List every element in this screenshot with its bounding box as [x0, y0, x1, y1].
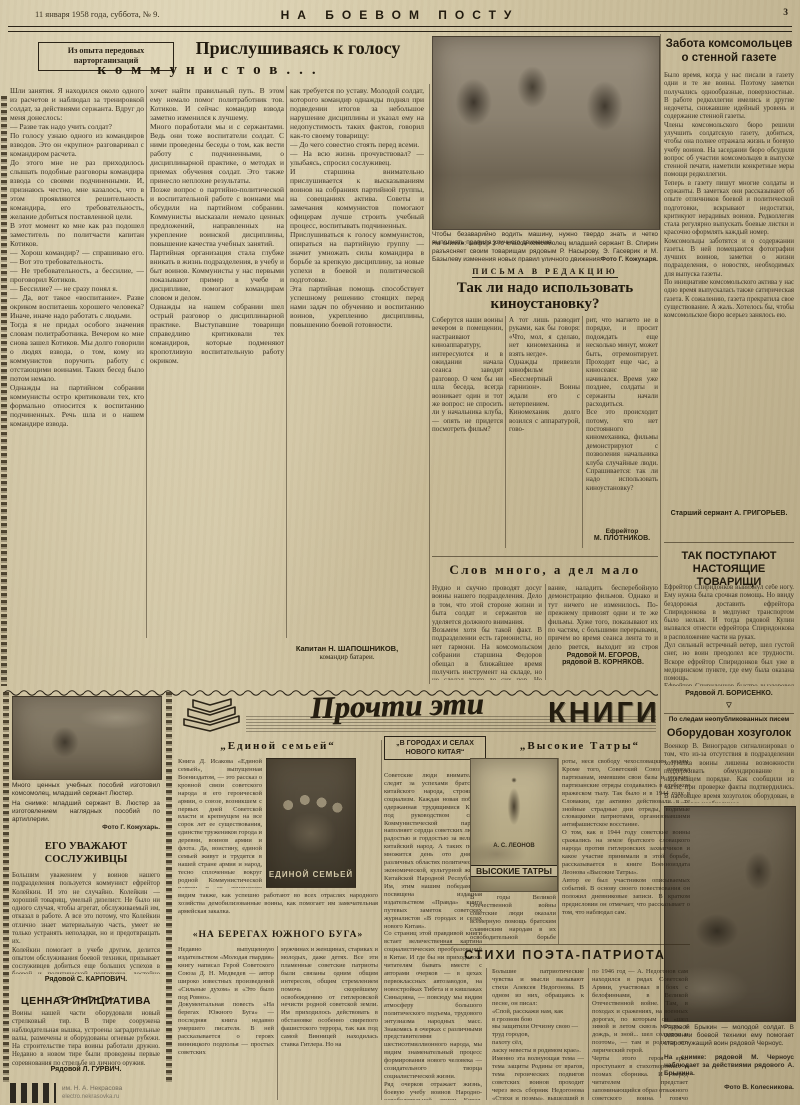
top-photo-credit: Фото Г. Кожухаря. — [432, 256, 658, 263]
initiative-body: Воины нашей части оборудовали новый стре… — [12, 1010, 160, 1066]
china-title-line2: НОВОГО КИТАЯ“ — [387, 748, 483, 757]
china-review-body: Советские люди внимательно следят за усп… — [384, 772, 482, 1100]
watermark-line2: electro.nekrasovka.ru — [62, 1094, 119, 1100]
letters-section-label: ПИСЬМА В РЕДАКЦИЮ — [472, 267, 618, 278]
column-rule — [558, 758, 559, 944]
box-ornament-right — [166, 692, 172, 1082]
box-ornament-left — [3, 692, 9, 1082]
column-rule — [286, 86, 287, 638]
page-number: 3 — [783, 8, 788, 18]
section-rule — [432, 556, 658, 557]
main-article-col3: как требуется по уставу. Молодой солдат,… — [290, 86, 424, 634]
wall-paper-body: Было время, когда у нас писали в газету … — [664, 72, 794, 504]
column-rule — [505, 316, 506, 548]
luster-note: На снимке: младший сержант В. Люстер за … — [12, 800, 160, 824]
leisure-letter-headline: Слов много, а дел мало — [432, 562, 658, 578]
wall-paper-signature: Старший сержант А. ГРИГОРЬЕВ. — [664, 510, 794, 517]
tatras-cover-author: А. С. ЛЕОНОВ — [471, 843, 557, 849]
column-rule — [545, 584, 546, 680]
initiative-signature: Рядовой Л. ГУРВИЧ. — [12, 1066, 160, 1073]
comrades-signature: Рядовой Л. БОРИСЕНКО. — [664, 690, 794, 697]
main-article-col2: хочет найти правильный путь. В этом ему … — [150, 86, 284, 640]
drivers-photo — [432, 36, 660, 230]
poems-col1: Большие патриотические чувства и мысли в… — [492, 968, 584, 1100]
luster-photo — [12, 696, 162, 780]
tatras-book-cover: А. С. ЛЕОНОВ ВЫСОКИЕ ТАТРЫ — [470, 758, 558, 892]
cinema-letter-col2: А тот лишь разводит руками, как бы говор… — [509, 316, 580, 548]
main-headline-line2: коммунистов... — [56, 62, 366, 79]
books-stack-icon — [180, 694, 244, 743]
header-rule — [8, 26, 792, 32]
bug-shores-title: «НА БЕРЕГАХ ЮЖНОГО БУГА» — [178, 930, 378, 940]
newspaper-title: НА БОЕВОМ ПОСТУ — [0, 8, 800, 22]
comrades-body: Ефрейтор Спиридонков вывихнул себе ногу.… — [664, 584, 794, 686]
signature-name: Капитан Н. ШАПОШНИКОВ, — [270, 644, 424, 653]
utility-corner-headline: Оборудован хозуголок — [664, 727, 794, 739]
poems-col2: по 1946 год — А. Недогонов сам находился… — [592, 968, 688, 1100]
main-article-col1: Шли занятия. Я находился около одного из… — [10, 86, 144, 640]
family-review-title: „Единой семьей“ — [178, 740, 378, 752]
column-rule — [582, 316, 583, 548]
library-watermark-bars — [10, 1083, 56, 1103]
luster-credit: Фото Г. Кожухарь. — [12, 824, 160, 831]
banner-block-text: КНИГИ — [548, 697, 660, 730]
triangle-divider: ▽ — [664, 701, 794, 709]
books-icon — [180, 694, 244, 738]
leisure-letter-col2: вание, наладить бесперебойную демонстрац… — [548, 584, 658, 650]
signature-rank: Ефрейтор — [586, 528, 658, 535]
section-rule — [440, 944, 690, 945]
family-review-intro: Книга Д. Исакова «Единой семьей», выпуще… — [178, 758, 262, 888]
column-rule — [277, 946, 278, 1100]
section-rule — [664, 713, 794, 714]
wall-paper-headline: Забота комсомольцев о стенной газете — [664, 38, 794, 65]
cinema-letter-col1: Соберутся наши воины вечером в помещении… — [432, 316, 503, 548]
bug-shores-col1: Недавно выпущенную издательством «Молода… — [178, 946, 274, 1100]
signature-role: командир батареи. — [270, 653, 424, 661]
column-rule — [146, 86, 147, 638]
left-ornament-border — [1, 96, 7, 686]
tatras-cover-title: ВЫСОКИЕ ТАТРЫ — [471, 865, 557, 877]
family-cover-title: ЕДИНОЙ СЕМЬЕЙ — [267, 870, 355, 879]
respected-headline: ЕГО УВАЖАЮТ СОСЛУЖИВЦЫ — [12, 840, 160, 866]
respected-body: Большим уважением у воинов нашего подраз… — [12, 872, 160, 974]
leisure-letter-signature: Рядовой М. ЕГОРОВ, рядовой В. КОРНЯКОВ. — [548, 652, 658, 666]
family-review-continuation: видим также, как успешно работают во все… — [178, 892, 378, 926]
newspaper-page: 11 января 1958 года, суббота, № 9. НА БО… — [0, 0, 800, 1105]
china-title-line1: „В ГОРОДАХ И СЕЛАХ — [387, 739, 483, 748]
main-article-signature: Капитан Н. ШАПОШНИКОВ, командир батареи. — [270, 644, 424, 661]
column-rule — [381, 740, 382, 1100]
column-rule — [588, 968, 589, 1100]
watermark-line1: им. Н. А. Некрасова — [62, 1085, 122, 1092]
cinema-letter-signature: Ефрейтор М. ПЛОТНИКОВ. — [586, 528, 658, 542]
cinema-letter-col3: рит, что магнето не в порядке, и просит … — [586, 316, 658, 526]
section-rule — [664, 542, 794, 543]
column-rule — [486, 968, 487, 1100]
signature-name-1: Рядовой М. ЕГОРОВ, — [548, 652, 658, 659]
signature-name-2: рядовой В. КОРНЯКОВ. — [548, 659, 658, 666]
bug-shores-col2: мужчинах и женщинах, стариках и молодых,… — [281, 946, 378, 1100]
main-headline-line1: Прислушиваясь к голосу — [172, 38, 424, 59]
luster-caption: Много ценных учебных пособий изготовил к… — [12, 782, 160, 798]
tatras-below-cover-text: В годы Великой Отечественной войны совет… — [470, 894, 556, 944]
initiative-headline: ЦЕННАЯ ИНИЦИАТИВА — [12, 995, 160, 1007]
followup-label: По следам неопубликованных писем — [664, 716, 794, 723]
column-rule — [429, 84, 430, 684]
respected-signature: Рядовой С. КАРПОВИЧ. — [12, 976, 160, 983]
family-book-cover: ЕДИНОЙ СЕМЬЕЙ — [266, 758, 356, 888]
leisure-letter-col1: Нудно и скучно проводят досуг воины наше… — [432, 584, 542, 680]
cinema-letter-headline: Так ли надо использовать киноустановку? — [432, 280, 658, 312]
poems-headline: СТИХИ ПОЭТА-ПАТРИОТА — [440, 948, 690, 962]
signature-name: М. ПЛОТНИКОВ. — [586, 535, 658, 542]
tatras-right-col: роты, неся свободу чехословацким людям. … — [562, 758, 690, 944]
tatras-review-title: „Высокие Татры“ — [470, 740, 690, 752]
